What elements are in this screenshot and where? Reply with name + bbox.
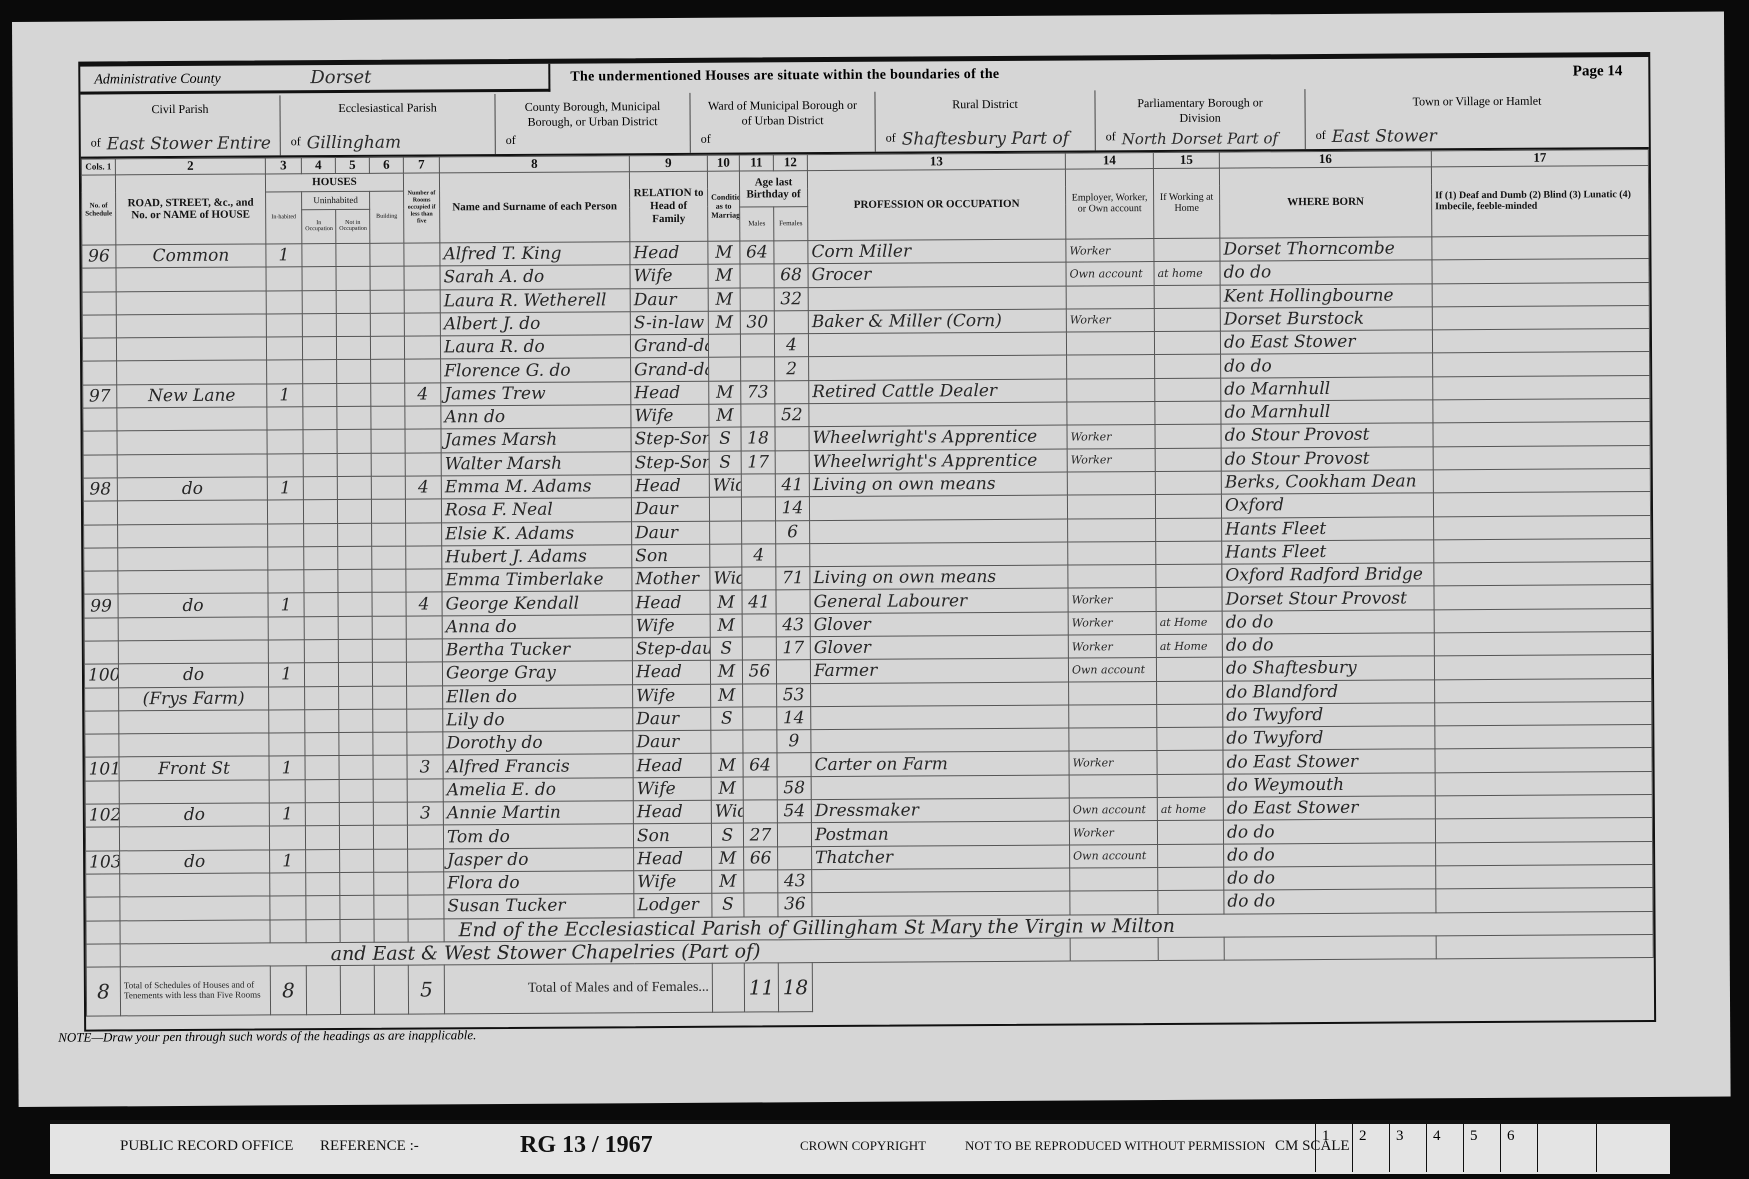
condition-cell: S	[711, 707, 743, 730]
division-label: Civil Parish	[80, 101, 279, 117]
male-age-cell: 64	[743, 753, 777, 777]
header-rooms: Number of Rooms occupied if less than fi…	[403, 173, 439, 243]
rooms-cell	[404, 289, 440, 313]
female-age-cell	[775, 380, 809, 404]
occupation-cell: Corn Miller	[808, 239, 1066, 264]
in-occupation-cell	[303, 407, 337, 431]
at-home-cell	[1157, 681, 1223, 705]
employer-cell: Own account	[1069, 798, 1157, 822]
employer-cell	[1069, 681, 1157, 705]
condition-cell: M	[708, 264, 740, 287]
name-cell: Susan Tucker	[444, 894, 634, 918]
building-cell	[370, 336, 404, 360]
at-home-cell	[1155, 424, 1221, 448]
where-born-cell: do do	[1224, 866, 1436, 891]
occupation-cell	[811, 775, 1069, 800]
infirmity-cell	[1434, 608, 1651, 633]
col-num: Cols. 1	[81, 159, 115, 175]
at-home-cell	[1156, 541, 1222, 565]
rooms-cell	[407, 825, 443, 849]
occupation-cell	[811, 705, 1069, 730]
at-home-cell	[1156, 564, 1222, 588]
female-age-cell: 17	[776, 637, 810, 661]
at-home-cell	[1157, 727, 1223, 751]
division-of: of	[291, 134, 301, 149]
where-born-cell: do East Stower	[1223, 749, 1435, 774]
inhabited-cell	[270, 896, 306, 920]
employer-cell: Own account	[1068, 658, 1156, 682]
condition-cell	[709, 497, 741, 520]
male-age-cell	[743, 683, 777, 707]
occupation-cell	[808, 286, 1066, 311]
division-town: Town or Village or Hamlet of East Stower	[1305, 87, 1648, 149]
footer-reference-label: REFERENCE :-	[320, 1138, 419, 1155]
col-num: 15	[1153, 152, 1219, 168]
intro-text: The undermentioned Houses are situate wi…	[570, 67, 999, 86]
in-occupation-cell	[305, 826, 339, 850]
infirmity-cell	[1433, 468, 1650, 493]
col-num: 3	[265, 158, 301, 174]
rooms-cell	[404, 266, 440, 290]
scale-mark: 4	[1426, 1124, 1463, 1172]
not-in-occupation-cell	[336, 243, 370, 267]
male-age-cell	[740, 334, 774, 358]
not-in-occupation-cell	[337, 383, 371, 407]
building-cell	[373, 756, 407, 780]
at-home-cell: at home	[1157, 797, 1223, 821]
inhabited-cell	[269, 826, 305, 850]
inhabited-cell	[266, 290, 302, 314]
employer-cell: Worker	[1068, 588, 1156, 612]
rooms-cell: 4	[405, 383, 441, 407]
col-num: 8	[439, 156, 629, 173]
scale-mark: 6	[1500, 1124, 1537, 1172]
infirmity-cell	[1434, 655, 1651, 680]
division-rural-district: Rural District of Shaftesbury Part of	[875, 90, 1095, 151]
scale-mark: 5	[1463, 1124, 1500, 1172]
building-cell	[372, 639, 406, 663]
at-home-cell	[1157, 820, 1223, 844]
header-road: ROAD, STREET, &c., and No. or NAME of HO…	[115, 174, 265, 245]
in-occupation-cell	[303, 430, 337, 454]
infirmity-cell	[1435, 725, 1652, 750]
female-age-cell: 41	[775, 474, 809, 498]
rooms-cell	[404, 313, 440, 337]
road-cell	[120, 896, 270, 920]
road-cell	[118, 570, 268, 594]
inhabited-cell	[269, 710, 305, 734]
header-not-in-occupation: Not in Occupation	[336, 209, 370, 243]
infirmity-cell	[1432, 305, 1649, 330]
header-condition: Condition as to Marriage	[707, 171, 739, 241]
road-cell	[116, 267, 266, 291]
inhabited-cell	[268, 523, 304, 547]
infirmity-cell	[1433, 492, 1650, 517]
where-born-cell: do do	[1222, 610, 1434, 635]
schedule-cell	[82, 291, 116, 315]
female-age-cell: 43	[776, 613, 810, 637]
scale-mark: 3	[1389, 1124, 1426, 1172]
name-cell: Flora do	[444, 871, 634, 895]
division-label: Ward of Municipal Borough or of Urban Di…	[704, 98, 860, 129]
male-age-cell	[742, 520, 776, 544]
total-schedules-label: Total of Schedules of Houses and of Tene…	[120, 966, 270, 1016]
employer-cell	[1070, 867, 1158, 891]
not-in-occupation-cell	[336, 313, 370, 337]
not-in-occupation-cell	[337, 406, 371, 430]
infirmity-cell	[1433, 375, 1650, 400]
where-born-cell: do Weymouth	[1223, 773, 1435, 798]
rooms-cell	[406, 569, 442, 593]
female-age-cell	[776, 660, 810, 684]
at-home-cell: at Home	[1156, 611, 1222, 635]
footer-office: PUBLIC RECORD OFFICE	[120, 1138, 293, 1155]
female-age-cell	[776, 590, 810, 614]
where-born-cell: do Stour Provost	[1221, 446, 1433, 471]
name-cell: Sarah A. do	[440, 265, 630, 289]
name-cell: George Gray	[442, 661, 632, 685]
occupation-cell: Baker & Miller (Corn)	[808, 309, 1066, 334]
female-age-cell	[774, 241, 808, 265]
occupation-cell	[810, 542, 1068, 567]
relation-cell: Head	[631, 381, 709, 405]
male-age-cell: 41	[742, 590, 776, 614]
in-occupation-cell	[302, 313, 336, 337]
condition-cell: M	[711, 684, 743, 707]
in-occupation-cell	[303, 360, 337, 384]
schedule-cell	[83, 454, 117, 478]
total-inhabited: 8	[270, 966, 306, 1015]
condition-cell	[709, 357, 741, 380]
division-value: Shaftesbury Part of	[902, 129, 1069, 150]
infirmity-cell	[1435, 771, 1652, 796]
inhabited-cell: 1	[269, 803, 305, 827]
female-age-cell: 68	[774, 264, 808, 288]
header-age: Age last Birthday of	[739, 171, 807, 207]
not-in-occupation-cell	[337, 476, 371, 500]
male-age-cell	[744, 893, 778, 917]
road-cell	[117, 454, 267, 478]
schedule-cell	[85, 827, 119, 851]
census-table: Cols. 1 2 3 4 5 6 7 8 9 10 11 12 13 14	[81, 149, 1654, 1017]
schedule-cell	[85, 687, 119, 711]
where-born-cell: do do	[1222, 633, 1434, 658]
occupation-cell	[809, 402, 1067, 427]
where-born-cell: do Marnhull	[1221, 400, 1433, 425]
infirmity-cell	[1432, 329, 1649, 354]
name-cell: Rosa F. Neal	[441, 498, 631, 522]
rooms-cell	[405, 452, 441, 476]
rooms-cell	[404, 336, 440, 360]
division-label: County Borough, Municipal Borough, or Ur…	[505, 99, 679, 130]
total-rooms: 5	[408, 965, 444, 1014]
building-cell	[373, 825, 407, 849]
division-county-borough: County Borough, Municipal Borough, or Ur…	[495, 93, 690, 154]
census-sheet: Administrative County Dorset The underme…	[12, 12, 1731, 1107]
header-uninhabited: Uninhabited	[302, 191, 370, 209]
at-home-cell	[1155, 355, 1221, 379]
rooms-cell: 3	[407, 802, 443, 826]
male-age-cell	[743, 730, 777, 754]
rooms-cell	[408, 872, 444, 896]
relation-cell: Step-Son	[631, 451, 709, 475]
name-cell: Dorothy do	[443, 731, 633, 755]
where-born-cell: do Blandford	[1223, 679, 1435, 704]
male-age-cell: 17	[741, 450, 775, 474]
female-age-cell	[778, 846, 812, 870]
col-num: 5	[335, 157, 369, 173]
occupation-cell: Retired Cattle Dealer	[809, 379, 1067, 404]
employer-cell: Worker	[1067, 448, 1155, 472]
employer-cell	[1069, 774, 1157, 798]
employer-cell	[1067, 402, 1155, 426]
male-age-cell	[741, 497, 775, 521]
female-age-cell: 36	[778, 893, 812, 917]
col-num: 12	[773, 155, 807, 171]
not-in-occupation-cell	[339, 732, 373, 756]
occupation-cell	[809, 495, 1067, 520]
building-cell	[374, 849, 408, 873]
occupation-cell	[812, 868, 1070, 893]
condition-cell: M	[709, 381, 741, 404]
header-occupation: PROFESSION OR OCCUPATION	[807, 169, 1065, 241]
infirmity-cell	[1433, 399, 1650, 424]
name-cell: Annie Martin	[443, 801, 633, 825]
col-num: 13	[807, 153, 1065, 171]
male-age-cell	[742, 614, 776, 638]
male-age-cell: 66	[744, 846, 778, 870]
occupation-cell	[810, 519, 1068, 544]
col-num: 10	[707, 155, 739, 171]
building-cell	[372, 569, 406, 593]
occupation-cell: Living on own means	[809, 472, 1067, 497]
header-building: Building	[370, 191, 404, 243]
not-in-occupation-cell	[340, 872, 374, 896]
at-home-cell	[1158, 867, 1224, 891]
schedule-cell	[84, 571, 118, 595]
condition-cell: M	[712, 870, 744, 893]
building-cell	[371, 476, 405, 500]
employer-cell: Worker	[1066, 308, 1154, 332]
relation-cell: Head	[633, 800, 711, 824]
infirmity-cell	[1434, 515, 1651, 540]
schedule-cell	[84, 548, 118, 572]
division-value: Gillingham	[307, 133, 401, 154]
employer-cell	[1070, 891, 1158, 915]
division-label: Ecclesiastical Parish	[280, 100, 494, 116]
where-born-cell: do Stour Provost	[1221, 423, 1433, 448]
inhabited-cell	[268, 640, 304, 664]
occupation-cell: Living on own means	[810, 565, 1068, 590]
schedule-cell: 100	[84, 664, 118, 688]
where-born-cell: Oxford Radford Bridge	[1222, 563, 1434, 588]
name-cell: Hubert J. Adams	[442, 545, 632, 569]
in-occupation-cell	[304, 523, 338, 547]
not-in-occupation-cell	[336, 336, 370, 360]
infirmity-cell	[1435, 748, 1652, 773]
female-age-cell: 32	[774, 287, 808, 311]
occupation-cell	[811, 728, 1069, 753]
where-born-cell: Dorset Stour Provost	[1222, 586, 1434, 611]
division-label: Parliamentary Borough or Division	[1115, 95, 1284, 126]
male-age-cell	[743, 707, 777, 731]
schedule-cell	[83, 408, 117, 432]
at-home-cell	[1155, 471, 1221, 495]
road-cell: Common	[116, 244, 266, 268]
schedule-cell: 97	[83, 385, 117, 409]
infirmity-cell	[1433, 445, 1650, 470]
col-num: 14	[1065, 153, 1153, 169]
in-occupation-cell	[306, 896, 340, 920]
male-age-cell	[741, 404, 775, 428]
building-cell	[373, 709, 407, 733]
condition-cell: M	[708, 241, 740, 264]
condition-cell: Wid	[710, 567, 742, 590]
schedule-cell	[85, 734, 119, 758]
header-infirmity: If (1) Deaf and Dumb (2) Blind (3) Lunat…	[1431, 165, 1648, 236]
in-occupation-cell	[302, 337, 336, 361]
page-value: 14	[1607, 63, 1622, 79]
building-cell	[370, 266, 404, 290]
relation-cell: Wife	[631, 404, 709, 428]
where-born-cell: do East Stower	[1223, 796, 1435, 821]
infirmity-cell	[1435, 795, 1652, 820]
rooms-cell	[405, 429, 441, 453]
male-age-cell	[743, 800, 777, 824]
road-cell	[118, 547, 268, 571]
where-born-cell: Hants Fleet	[1222, 516, 1434, 541]
male-age-cell: 56	[742, 660, 776, 684]
header-males: Males	[740, 207, 774, 241]
condition-cell: M	[708, 288, 740, 311]
schedule-cell	[84, 618, 118, 642]
schedule-cell	[84, 641, 118, 665]
schedule-cell: 102	[85, 804, 119, 828]
male-age-cell	[741, 357, 775, 381]
name-cell: James Marsh	[441, 428, 631, 452]
not-in-occupation-cell	[336, 267, 370, 291]
admin-county: Administrative County Dorset	[80, 64, 550, 95]
occupation-cell: Wheelwright's Apprentice	[809, 449, 1067, 474]
employer-cell: Worker	[1069, 821, 1157, 845]
road-cell	[116, 314, 266, 338]
female-age-cell: 9	[777, 730, 811, 754]
inhabited-cell: 1	[267, 477, 303, 501]
occupation-cell: Thatcher	[812, 845, 1070, 870]
at-home-cell: at home	[1154, 261, 1220, 285]
total-persons-label: Total of Males and of Females...	[444, 963, 712, 1014]
male-age-cell	[742, 567, 776, 591]
header-in-occupation: In Occupation	[302, 209, 336, 243]
male-age-cell	[744, 870, 778, 894]
occupation-cell: Postman	[811, 821, 1069, 846]
condition-cell: S	[710, 637, 742, 660]
building-cell	[374, 872, 408, 896]
infirmity-cell	[1432, 282, 1649, 307]
building-cell	[372, 592, 406, 616]
in-occupation-cell	[304, 546, 338, 570]
building-cell	[373, 802, 407, 826]
relation-cell: Daur	[633, 730, 711, 754]
division-of: of	[91, 135, 101, 150]
employer-cell	[1066, 285, 1154, 309]
infirmity-cell	[1433, 352, 1650, 377]
in-occupation-cell	[305, 733, 339, 757]
female-age-cell	[776, 543, 810, 567]
in-occupation-cell	[303, 383, 337, 407]
archive-footer: PUBLIC RECORD OFFICE REFERENCE :- RG 13 …	[50, 1120, 1670, 1174]
female-age-cell: 4	[774, 334, 808, 358]
name-cell: Alfred Francis	[443, 754, 633, 778]
road-cell: Front St	[119, 756, 269, 780]
not-in-occupation-cell	[339, 756, 373, 780]
female-age-cell: 52	[775, 404, 809, 428]
not-in-occupation-cell	[339, 802, 373, 826]
employer-cell: Worker	[1066, 238, 1154, 262]
not-in-occupation-cell	[338, 546, 372, 570]
where-born-cell: Oxford	[1221, 493, 1433, 518]
occupation-cell: Grocer	[808, 262, 1066, 287]
col-num: 6	[369, 157, 403, 173]
relation-cell: Daur	[633, 707, 711, 731]
division-parliamentary: Parliamentary Borough or Division of Nor…	[1095, 89, 1305, 150]
building-cell	[370, 243, 404, 267]
not-in-occupation-cell	[337, 500, 371, 524]
in-occupation-cell	[304, 640, 338, 664]
employer-cell: Own account	[1066, 262, 1154, 286]
infirmity-cell	[1434, 585, 1651, 610]
schedule-cell: 103	[86, 851, 120, 875]
female-age-cell	[777, 753, 811, 777]
inhabited-cell	[269, 779, 305, 803]
condition-cell: M	[711, 777, 743, 800]
road-cell: do	[120, 850, 270, 874]
schedule-cell	[82, 315, 116, 339]
name-cell: Bertha Tucker	[442, 638, 632, 662]
header-houses: HOUSES	[265, 173, 403, 192]
occupation-cell	[812, 891, 1070, 916]
form-note: NOTE—Draw your pen through such words of…	[58, 1027, 476, 1046]
rooms-cell	[405, 499, 441, 523]
employer-cell	[1067, 355, 1155, 379]
total-females: 18	[778, 963, 812, 1012]
employer-cell	[1068, 518, 1156, 542]
male-age-cell	[740, 264, 774, 288]
schedule-cell: 101	[85, 757, 119, 781]
female-age-cell: 14	[777, 707, 811, 731]
rooms-cell	[405, 359, 441, 383]
schedule-cell: 98	[83, 478, 117, 502]
road-cell	[116, 290, 266, 314]
employer-cell	[1069, 728, 1157, 752]
division-label: Rural District	[875, 96, 1094, 112]
in-occupation-cell	[302, 267, 336, 291]
building-cell	[372, 523, 406, 547]
male-age-cell	[740, 287, 774, 311]
building-cell	[372, 662, 406, 686]
employer-cell	[1067, 495, 1155, 519]
inhabited-cell	[266, 337, 302, 361]
where-born-cell: Dorset Burstock	[1220, 307, 1432, 332]
male-age-cell: 30	[740, 311, 774, 335]
road-cell	[118, 617, 268, 641]
inhabited-cell	[270, 873, 306, 897]
relation-cell: Son	[632, 544, 710, 568]
male-age-cell: 18	[741, 427, 775, 451]
division-of: of	[701, 132, 711, 147]
occupation-cell: Farmer	[810, 658, 1068, 683]
road-cell	[117, 430, 267, 454]
